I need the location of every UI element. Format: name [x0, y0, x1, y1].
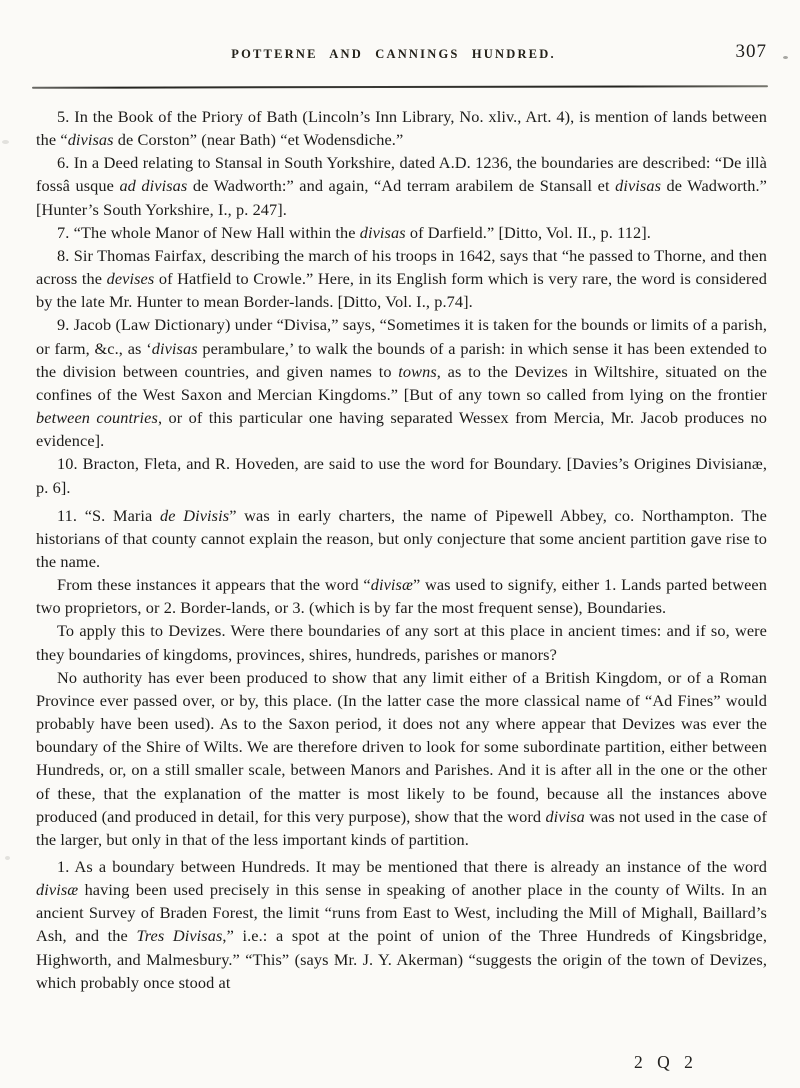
paragraph: 1. As a boundary between Hundreds. It ma…	[36, 855, 767, 994]
page-number: 307	[736, 41, 768, 63]
italic-text-run: divisas	[152, 339, 198, 358]
italic-text-run: divisæ	[371, 575, 413, 594]
paragraph: 9. Jacob (Law Dictionary) under “Divisa,…	[36, 313, 767, 452]
scan-speck	[2, 140, 9, 144]
header-rule	[32, 85, 768, 88]
paragraph: From these instances it appears that the…	[36, 573, 767, 619]
italic-text-run: divisæ	[36, 880, 78, 899]
paragraph: To apply this to Devizes. Were there bou…	[36, 619, 767, 665]
running-title: POTTERNE AND CANNINGS HUNDRED.	[231, 47, 556, 62]
paragraph: 5. In the Book of the Priory of Bath (Li…	[36, 105, 767, 151]
italic-text-run: Tres Divisas	[136, 926, 222, 945]
italic-text-run: divisa	[545, 807, 585, 826]
paragraph: 10. Bracton, Fleta, and R. Hoveden, are …	[36, 452, 767, 498]
paragraph: 8. Sir Thomas Fairfax, describing the ma…	[36, 244, 767, 313]
scan-speck	[5, 856, 10, 860]
italic-text-run: devises	[107, 269, 155, 288]
text-run: de Corston” (near Bath) “et Wodensdiche.…	[114, 130, 404, 149]
printer-signature: 2 Q 2	[634, 1052, 695, 1073]
text-run: de Wadworth:” and again, “Ad terram arab…	[187, 176, 615, 195]
text-run: 7. “The whole Manor of New Hall within t…	[57, 223, 360, 242]
text-run: No authority has ever been produced to s…	[36, 668, 767, 826]
book-page: POTTERNE AND CANNINGS HUNDRED. 307 5. In…	[0, 0, 800, 1088]
italic-text-run: towns	[398, 362, 437, 381]
page-body: 5. In the Book of the Priory of Bath (Li…	[36, 105, 767, 994]
paragraph: 7. “The whole Manor of New Hall within t…	[36, 221, 767, 244]
paragraph: 11. “S. Maria de Divisis” was in early c…	[36, 504, 767, 573]
italic-text-run: divisas	[615, 176, 661, 195]
italic-text-run: de Divisis	[160, 506, 229, 525]
text-run: 1. As a boundary between Hundreds. It ma…	[57, 857, 767, 876]
scan-speck	[783, 56, 788, 59]
text-run: 11. “S. Maria	[57, 506, 160, 525]
paragraph: 6. In a Deed relating to Stansal in Sout…	[36, 151, 767, 220]
italic-text-run: ad divisas	[119, 176, 187, 195]
text-run: of Darfield.” [Ditto, Vol. II., p. 112].	[406, 223, 651, 242]
text-run: From these instances it appears that the…	[57, 575, 371, 594]
paragraph: No authority has ever been produced to s…	[36, 666, 767, 851]
italic-text-run: divisas	[360, 223, 406, 242]
text-run: 10. Bracton, Fleta, and R. Hoveden, are …	[36, 454, 767, 496]
italic-text-run: between countries	[36, 408, 158, 427]
text-run: To apply this to Devizes. Were there bou…	[36, 621, 767, 663]
italic-text-run: divisas	[68, 130, 114, 149]
